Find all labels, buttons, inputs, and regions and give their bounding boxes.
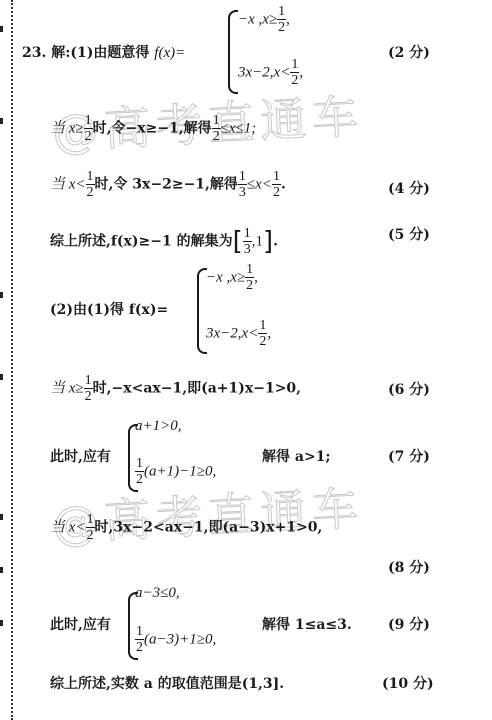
score-marker: (5 分): [388, 224, 430, 244]
frac-num: 1: [84, 113, 93, 129]
margin-mark: [0, 118, 3, 124]
frac-num: 1: [245, 262, 254, 278]
frac-den: 2: [135, 472, 144, 487]
system-1-row-2: 12(a+1)−1≥0,: [135, 456, 216, 487]
problem-number: 23.: [22, 45, 46, 61]
score-marker: (10 分): [382, 673, 434, 693]
frac-num: 1: [277, 4, 286, 20]
part1-summary: 综上所述,f(x)≥−1 的解集为[13,1].: [50, 226, 278, 257]
case-x-ge-half: 当 x≥12时,令−x≥−1,解得12≤x≤1;: [50, 113, 256, 144]
function-def: f(x)=: [154, 45, 185, 61]
piecewise-case-1: −x ,x≥12,: [238, 4, 290, 35]
text: 当 x<: [50, 520, 86, 536]
punct: .: [281, 177, 286, 193]
frac-den: 2: [277, 20, 286, 35]
punct: .: [273, 234, 278, 250]
system-2-result: 解得 1≤a≤3.: [262, 614, 352, 634]
frac-den: 2: [245, 278, 254, 293]
fraction: 13: [243, 226, 252, 257]
fraction: 13: [238, 169, 247, 200]
punct: ,: [286, 12, 290, 28]
frac-den: 2: [290, 73, 299, 88]
frac-num: 1: [135, 624, 144, 640]
fraction: 12: [86, 512, 95, 543]
text: 当 x≥: [50, 121, 84, 137]
fraction: 12: [272, 169, 281, 200]
text: 时,令 3x−2≥−1,解得: [95, 177, 238, 193]
punct: ,: [299, 65, 303, 81]
fraction: 12: [135, 624, 144, 655]
piecewise-case-2: 3x−2,x<12,: [206, 318, 271, 349]
text: a+1>0,: [135, 418, 182, 434]
frac-num: 1: [86, 512, 95, 528]
piecewise-brace: [228, 10, 238, 94]
frac-den: 2: [86, 528, 95, 543]
text: (2)由(1)得 f(x)=: [50, 302, 168, 318]
binding-margin-dotted-line: [11, 0, 13, 720]
part1-intro: 解:(1)由题意得: [51, 45, 149, 61]
frac-num: 1: [272, 169, 281, 185]
text: ≤x≤1;: [221, 121, 257, 137]
case-x-ge-half: 当 x≥12时,−x<ax−1,即(a+1)x−1>0,: [50, 373, 301, 404]
text: (a+1)−1≥0,: [144, 464, 216, 480]
piecewise-case-1: −x ,x≥12,: [206, 262, 258, 293]
text: 时,令−x≥−1,解得: [93, 121, 212, 137]
score-marker: (9 分): [388, 614, 430, 634]
frac-den: 2: [84, 129, 93, 144]
frac-den: 2: [135, 640, 144, 655]
text: 当 x≥: [50, 381, 84, 397]
frac-den: 2: [272, 185, 281, 200]
bracket: [: [233, 227, 243, 257]
text: ,1: [252, 234, 263, 250]
frac-num: 1: [243, 226, 252, 242]
text: ≤x<: [247, 177, 272, 193]
frac-num: 1: [84, 373, 93, 389]
text: 时,3x−2<ax−1,即(a−3)x+1>0,: [95, 520, 323, 536]
frac-num: 1: [290, 57, 299, 73]
fraction: 12: [212, 113, 221, 144]
fraction: 12: [290, 57, 299, 88]
punct: ,: [254, 270, 258, 286]
system-1-row-1: a+1>0,: [135, 418, 182, 435]
case-x-lt-half: 当 x<12时,3x−2<ax−1,即(a−3)x+1>0,: [50, 512, 322, 543]
fraction: 12: [86, 169, 95, 200]
system-2-row-2: 12(a−3)+1≥0,: [135, 624, 216, 655]
final-conclusion: 综上所述,实数 a 的取值范围是(1,3].: [50, 673, 284, 693]
system-2-row-1: a−3≤0,: [135, 585, 180, 602]
frac-num: 1: [135, 456, 144, 472]
text: 时,−x<ax−1,即(a+1)x−1>0,: [93, 381, 301, 397]
text: a−3≤0,: [135, 585, 180, 601]
case-x-lt-half: 当 x<12时,令 3x−2≥−1,解得13≤x<12.: [50, 169, 286, 200]
score-marker: (7 分): [388, 446, 430, 466]
frac-den: 2: [84, 389, 93, 404]
frac-num: 1: [238, 169, 247, 185]
margin-mark: [0, 620, 3, 626]
frac-den: 2: [212, 129, 221, 144]
frac-den: 2: [86, 185, 95, 200]
score-marker: (2 分): [388, 42, 430, 62]
case-expr: −x ,x≥: [206, 270, 245, 286]
text: (a−3)+1≥0,: [144, 632, 216, 648]
fraction: 12: [277, 4, 286, 35]
frac-num: 1: [258, 318, 267, 334]
frac-den: 3: [243, 242, 252, 257]
fraction: 12: [135, 456, 144, 487]
margin-mark: [0, 567, 3, 573]
fraction: 12: [84, 373, 93, 404]
system-2-label: 此时,应有: [50, 614, 111, 634]
score-marker: (4 分): [388, 178, 430, 198]
frac-den: 2: [258, 334, 267, 349]
piecewise-case-2: 3x−2,x<12,: [238, 57, 303, 88]
score-marker: (8 分): [388, 557, 430, 577]
margin-mark: [0, 26, 3, 32]
fraction: 12: [84, 113, 93, 144]
margin-mark: [0, 374, 3, 380]
system-1-label: 此时,应有: [50, 446, 111, 466]
text: 综上所述,f(x)≥−1 的解集为: [50, 234, 233, 250]
problem-intro: 23. 解:(1)由题意得 f(x)=: [22, 42, 185, 62]
fraction: 12: [258, 318, 267, 349]
fraction: 12: [245, 262, 254, 293]
bracket: ]: [263, 227, 273, 257]
case-expr: 3x−2,x<: [238, 65, 290, 81]
punct: ,: [267, 326, 271, 342]
score-marker: (6 分): [388, 379, 430, 399]
part2-intro: (2)由(1)得 f(x)=: [50, 299, 168, 319]
frac-den: 3: [238, 185, 247, 200]
case-expr: 3x−2,x<: [206, 326, 258, 342]
frac-num: 1: [212, 113, 221, 129]
text: 当 x<: [50, 177, 86, 193]
margin-mark: [0, 514, 3, 520]
system-1-result: 解得 a>1;: [262, 446, 331, 466]
margin-mark: [0, 292, 3, 298]
case-expr: −x ,x≥: [238, 12, 277, 28]
frac-num: 1: [86, 169, 95, 185]
